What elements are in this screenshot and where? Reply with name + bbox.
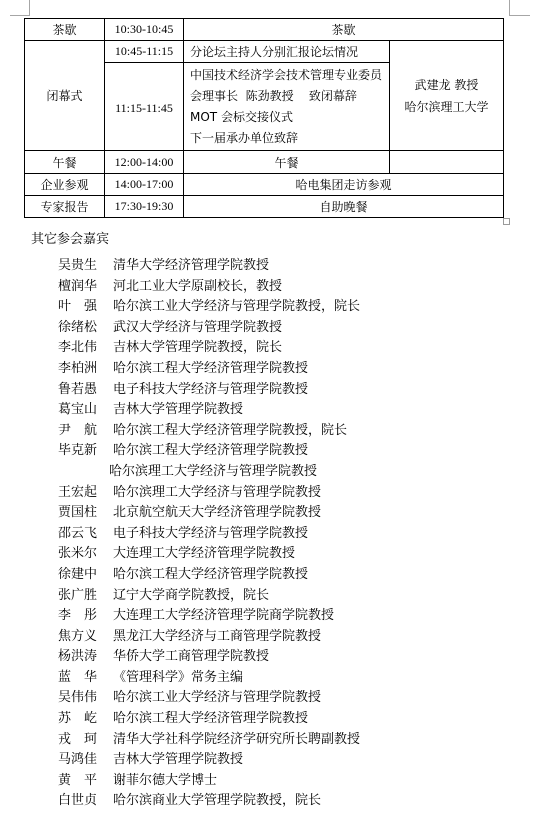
guest-name: 鲁若愚 — [58, 380, 113, 401]
guest-item: 戎 珂清华大学社科学院经济学研究所长聘副教授 — [58, 730, 113, 751]
schedule-row-tea-break: 茶歇 10:30-10:45 茶歇 — [25, 19, 504, 41]
guest-name: 王宏起 — [58, 483, 113, 504]
guest-item: 李北伟吉林大学管理学院教授，院长 — [58, 338, 113, 359]
content-cell: 自助晚餐 — [184, 196, 504, 218]
guest-name: 吴伟伟 — [58, 688, 113, 709]
guest-item: 尹 航哈尔滨工程大学经济管理学院教授，院长 — [58, 421, 113, 442]
guest-affiliation: 吉林大学管理学院教授，院长 — [113, 338, 282, 359]
guest-name: 苏 屹 — [58, 709, 113, 730]
guest-name: 徐建中 — [58, 565, 113, 586]
guest-affiliation: 北京航空航天大学经济管理学院教授 — [113, 503, 321, 524]
guest-affiliation: 电子科技大学经济与管理学院教授 — [113, 380, 308, 401]
content-cell: 午餐 — [184, 151, 390, 174]
speaker-cell — [390, 151, 504, 174]
guest-affiliation: 哈尔滨工程大学经济管理学院教授 — [113, 565, 308, 586]
guest-affiliation: 吉林大学管理学院教授 — [113, 400, 243, 421]
session-cell: 闭幕式 — [25, 41, 105, 151]
guest-name: 焦方义 — [58, 627, 113, 648]
guest-name: 贾国柱 — [58, 503, 113, 524]
guest-item: 李 彤大连理工大学经济管理学院商学院教授 — [58, 606, 113, 627]
time-cell: 17:30-19:30 — [105, 196, 184, 218]
guest-affiliation: 哈尔滨理工大学经济与管理学院教授 — [109, 462, 317, 483]
schedule-row-lunch: 午餐 12:00-14:00 午餐 — [25, 151, 504, 174]
time-cell: 11:15-11:45 — [105, 63, 184, 151]
content-cell: 茶歇 — [184, 19, 504, 41]
guest-name: 马鸿佳 — [58, 750, 113, 771]
guest-name: 毕克新 — [58, 441, 113, 462]
guest-affiliation: 辽宁大学商学院教授，院长 — [113, 586, 269, 607]
guest-item: 吴贵生清华大学经济管理学院教授 — [58, 256, 113, 277]
speaker-cell: 武建龙 教授 哈尔滨理工大学 — [390, 41, 504, 151]
guest-affiliation: 哈尔滨工业大学经济与管理学院教授 — [113, 688, 321, 709]
guest-name: 葛宝山 — [58, 400, 113, 421]
guest-item: 王宏起哈尔滨理工大学经济与管理学院教授 — [58, 483, 113, 504]
guest-item: 张米尔大连理工大学经济管理学院教授 — [58, 544, 113, 565]
session-cell: 茶歇 — [25, 19, 105, 41]
section-title-other-guests: 其它参会嘉宾 — [31, 228, 109, 247]
guest-affiliation: 电子科技大学经济与管理学院教授 — [113, 524, 308, 545]
guest-affiliation: 《管理科学》常务主编 — [113, 668, 243, 689]
guest-item: 张广胜辽宁大学商学院教授，院长 — [58, 586, 113, 607]
guest-affiliation: 哈尔滨工程大学经济管理学院教授，院长 — [113, 421, 347, 442]
guest-affiliation: 哈尔滨理工大学经济与管理学院教授 — [113, 483, 321, 504]
guest-name: 戎 珂 — [58, 730, 113, 751]
time-cell: 10:45-11:15 — [105, 41, 184, 63]
guest-name: 白世贞 — [58, 791, 113, 812]
guest-item: 杨洪涛华侨大学工商管理学院教授 — [58, 647, 113, 668]
guest-item: 毕克新哈尔滨工程大学经济管理学院教授 — [58, 441, 113, 462]
guest-name: 张广胜 — [58, 586, 113, 607]
table-resize-handle[interactable] — [503, 218, 510, 225]
guest-affiliation: 华侨大学工商管理学院教授 — [113, 647, 269, 668]
guest-affiliation: 谢菲尔德大学博士 — [113, 771, 217, 792]
guest-name: 李 彤 — [58, 606, 113, 627]
guest-item: 葛宝山吉林大学管理学院教授 — [58, 400, 113, 421]
guest-affiliation: 哈尔滨工程大学经济管理学院教授 — [113, 709, 308, 730]
guest-item: 徐绪松武汉大学经济与管理学院教授 — [58, 318, 113, 339]
guest-list: 吴贵生清华大学经济管理学院教授 檀润华河北工业大学原副校长，教授 叶 强哈尔滨工… — [58, 256, 113, 812]
guest-affiliation: 清华大学社科学院经济学研究所长聘副教授 — [113, 730, 360, 751]
guest-item: 叶 强哈尔滨工业大学经济与管理学院教授，院长 — [58, 297, 113, 318]
session-cell: 午餐 — [25, 151, 105, 174]
guest-affiliation: 清华大学经济管理学院教授 — [113, 256, 269, 277]
page-corner-mark-right-vertical — [509, 0, 510, 16]
session-cell: 专家报告 — [25, 196, 105, 218]
guest-name: 檀润华 — [58, 277, 113, 298]
guest-item: 鲁若愚电子科技大学经济与管理学院教授 — [58, 380, 113, 401]
guest-affiliation: 大连理工大学经济管理学院教授 — [113, 544, 295, 565]
guest-name: 吴贵生 — [58, 256, 113, 277]
guest-name: 杨洪涛 — [58, 647, 113, 668]
speaker-affiliation: 哈尔滨理工大学 — [390, 96, 503, 118]
guest-name: 李柏洲 — [58, 359, 113, 380]
guest-affiliation: 哈尔滨工业大学经济与管理学院教授，院长 — [113, 297, 360, 318]
guest-item: 蓝 华《管理科学》常务主编 — [58, 668, 113, 689]
content-line: 中国技术经济学会技术管理专业委员 — [190, 65, 389, 86]
schedule-row-expert-report: 专家报告 17:30-19:30 自助晚餐 — [25, 196, 504, 218]
guest-name: 邵云飞 — [58, 524, 113, 545]
content-line: MOT 会标交接仪式 — [190, 107, 389, 128]
guest-name: 尹 航 — [58, 421, 113, 442]
content-cell: 中国技术经济学会技术管理专业委员 会理事长 陈劲教授 致闭幕辞 MOT 会标交接… — [184, 63, 390, 151]
guest-name: 叶 强 — [58, 297, 113, 318]
content-line: 下一届承办单位致辞 — [190, 128, 389, 149]
schedule-row-closing-part1: 闭幕式 10:45-11:15 分论坛主持人分别汇报论坛情况 武建龙 教授 哈尔… — [25, 41, 504, 63]
guest-affiliation: 哈尔滨商业大学管理学院教授，院长 — [113, 791, 321, 812]
schedule-row-company-visit: 企业参观 14:00-17:00 哈电集团走访参观 — [25, 174, 504, 196]
time-cell: 12:00-14:00 — [105, 151, 184, 174]
content-line: 会理事长 陈劲教授 致闭幕辞 — [190, 86, 389, 107]
guest-affiliation: 哈尔滨工程大学经济管理学院教授 — [113, 441, 308, 462]
guest-affiliation: 武汉大学经济与管理学院教授 — [113, 318, 282, 339]
guest-name: 李北伟 — [58, 338, 113, 359]
guest-item: 焦方义黑龙江大学经济与工商管理学院教授 — [58, 627, 113, 648]
guest-affiliation: 河北工业大学原副校长，教授 — [113, 277, 282, 298]
guest-item: 白世贞哈尔滨商业大学管理学院教授，院长 — [58, 791, 113, 812]
guest-item: 吴伟伟哈尔滨工业大学经济与管理学院教授 — [58, 688, 113, 709]
guest-item: 贾国柱北京航空航天大学经济管理学院教授 — [58, 503, 113, 524]
guest-item: 邵云飞电子科技大学经济与管理学院教授 — [58, 524, 113, 545]
guest-name: 黄 平 — [58, 771, 113, 792]
guest-affiliation: 哈尔滨工程大学经济管理学院教授 — [113, 359, 308, 380]
guest-item: 李柏洲哈尔滨工程大学经济管理学院教授 — [58, 359, 113, 380]
time-cell: 14:00-17:00 — [105, 174, 184, 196]
speaker-name: 武建龙 教授 — [390, 74, 503, 96]
guest-name: 张米尔 — [58, 544, 113, 565]
content-cell: 分论坛主持人分别汇报论坛情况 — [184, 41, 390, 63]
page-corner-mark-left-vertical — [29, 0, 30, 16]
page-corner-mark-right-horizontal — [509, 15, 530, 16]
guest-name: 蓝 华 — [58, 668, 113, 689]
guest-item: 徐建中哈尔滨工程大学经济管理学院教授 — [58, 565, 113, 586]
guest-item: 马鸿佳吉林大学管理学院教授 — [58, 750, 113, 771]
content-cell: 哈电集团走访参观 — [184, 174, 504, 196]
guest-item-continuation: 哈尔滨理工大学经济与管理学院教授 — [58, 462, 113, 483]
time-cell: 10:30-10:45 — [105, 19, 184, 41]
guest-affiliation: 吉林大学管理学院教授 — [113, 750, 243, 771]
guest-item: 黄 平谢菲尔德大学博士 — [58, 771, 113, 792]
schedule-table: 茶歇 10:30-10:45 茶歇 闭幕式 10:45-11:15 分论坛主持人… — [24, 18, 504, 218]
guest-affiliation: 黑龙江大学经济与工商管理学院教授 — [113, 627, 321, 648]
guest-name: 徐绪松 — [58, 318, 113, 339]
guest-item: 檀润华河北工业大学原副校长，教授 — [58, 277, 113, 298]
guest-item: 苏 屹哈尔滨工程大学经济管理学院教授 — [58, 709, 113, 730]
page-corner-mark-left-horizontal — [10, 15, 30, 16]
guest-affiliation: 大连理工大学经济管理学院商学院教授 — [113, 606, 334, 627]
session-cell: 企业参观 — [25, 174, 105, 196]
